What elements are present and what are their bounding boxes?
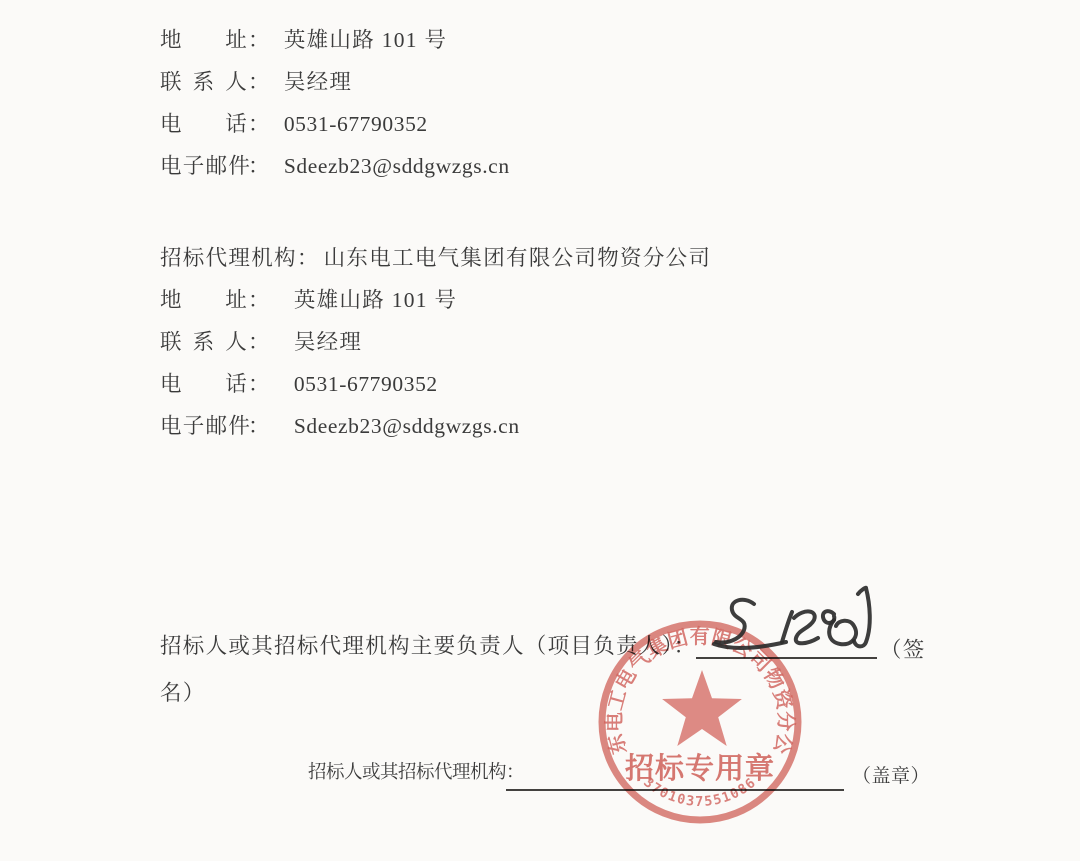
agency-row-email: 电子邮件：Sdeezb23@sddgwzgs.cn (160, 413, 520, 440)
signature-stroke (716, 600, 754, 643)
agency-row-person: 联系人：吴经理 (160, 329, 362, 356)
phone-label: 电话 (160, 111, 248, 138)
agency-row-address: 地址：英雄山路 101 号 (160, 287, 457, 314)
label-colon: ： (248, 371, 271, 398)
email-label: 电子邮件 (160, 153, 248, 180)
address-label: 地址 (160, 287, 248, 314)
contact-row-address: 地址：英雄山路 101 号 (160, 27, 447, 54)
label-colon: ： (248, 111, 271, 138)
label-colon: ： (248, 287, 271, 314)
signature-handwriting (688, 578, 888, 663)
phone-value: 0531-67790352 (294, 371, 438, 398)
label-colon: ： (248, 69, 271, 96)
address-value: 英雄山路 101 号 (284, 27, 448, 54)
signature-stroke (782, 612, 792, 642)
contact-person-value: 吴经理 (284, 69, 352, 96)
seal-star-icon (662, 670, 742, 746)
signature-stroke (794, 611, 818, 643)
agency-heading-row: 招标代理机构：山东电工电气集团有限公司物资分公司 (160, 245, 711, 272)
org-stamp-line: 招标人或其招标代理机构： (308, 762, 524, 785)
label-colon: ： (506, 762, 524, 785)
label-colon: ： (297, 245, 320, 272)
phone-value: 0531-67790352 (284, 111, 428, 138)
email-value: Sdeezb23@sddgwzgs.cn (284, 153, 510, 180)
label-colon: ： (248, 153, 271, 180)
agency-name-value: 山东电工电气集团有限公司物资分公司 (324, 245, 712, 272)
contact-row-email: 电子邮件：Sdeezb23@sddgwzgs.cn (160, 153, 510, 180)
stamp-suffix: （盖章） (852, 761, 930, 788)
agency-row-phone: 电话：0531-67790352 (160, 371, 438, 398)
document-page: 地址：英雄山路 101 号 联系人：吴经理 电话：0531-67790352 电… (0, 0, 1080, 861)
label-colon: ： (248, 413, 271, 440)
email-label: 电子邮件 (160, 413, 248, 440)
contact-row-person: 联系人：吴经理 (160, 69, 352, 96)
agency-label: 招标代理机构 (160, 246, 297, 270)
email-value: Sdeezb23@sddgwzgs.cn (294, 413, 520, 440)
contact-person-label: 联系人 (160, 329, 248, 356)
contact-person-value: 吴经理 (294, 329, 362, 356)
address-label: 地址 (160, 27, 248, 54)
label-colon: ： (248, 27, 271, 54)
contact-row-phone: 电话：0531-67790352 (160, 111, 428, 138)
org-line-label: 招标人或其招标代理机构 (308, 763, 506, 783)
sign-suffix-part2: 名） (160, 676, 206, 707)
label-colon: ： (248, 329, 271, 356)
address-value: 英雄山路 101 号 (294, 287, 458, 314)
signature-stroke (829, 620, 856, 644)
phone-label: 电话 (160, 371, 248, 398)
contact-person-label: 联系人 (160, 69, 248, 96)
